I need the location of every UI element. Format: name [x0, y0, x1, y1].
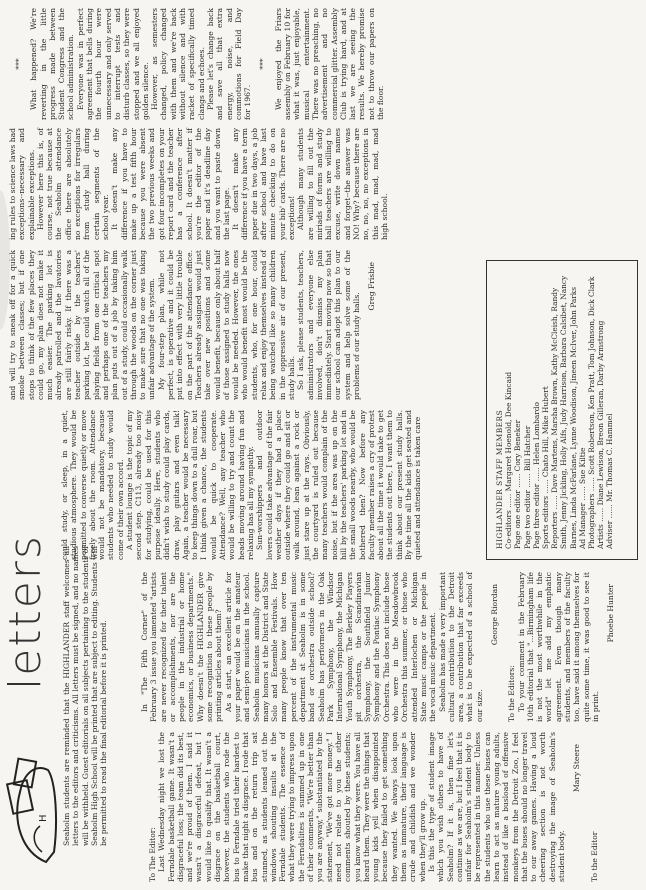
paragraph: So I ask, please students, teachers, adm… — [296, 250, 361, 400]
signature: Phoebe Hunter — [606, 584, 615, 722]
letter-riordan: In "The Fifth Corner" of the February 3 … — [140, 572, 624, 722]
paragraph: Although many students are willing to fi… — [296, 128, 389, 240]
paragraph: A student lounge is the topic of my seco… — [125, 410, 255, 560]
paragraph: could study, or sleep, in a quiet, studi… — [60, 410, 125, 560]
signature: Mary Steere — [572, 744, 581, 882]
staff-row: Page three editor ...... Helen Lombardo — [532, 271, 541, 549]
paragraph: Last Wednesday night we lost the Ferndal… — [157, 732, 427, 882]
staff-row: Reporters ...... Dave Martens, Marsha Br… — [550, 271, 578, 549]
staff-box: HIGHLANDER STAFF MEMBERS Co-editors ....… — [486, 260, 638, 560]
paragraph: We enjoyed the Friars assembly on Februa… — [274, 8, 386, 120]
letter-steere: To The Editor: Last Wednesday night we l… — [140, 732, 599, 882]
fifth-corner-col-1: ing rules to science laws had exceptions… — [8, 128, 389, 240]
staff-row: Co-editors ...... Margaret Hoenold, Dee … — [504, 271, 513, 549]
signature: George Riordan — [490, 584, 499, 722]
paragraph: Everyone was in perfect agreement that b… — [76, 8, 150, 120]
paragraph: Seaholm has made a very important cultur… — [438, 572, 484, 722]
paragraph: To your comment in the February 10th edi… — [517, 572, 601, 722]
study-hall-letter-col-2: and will try to sneak off for a quick sm… — [8, 250, 385, 400]
paragraph: It doesn't make any difference if you ha… — [231, 128, 296, 240]
paragraph: and will try to sneak off for a quick sm… — [8, 250, 157, 400]
newspaper-page: H letters Seaholm students are reminded … — [0, 0, 646, 890]
paragraph: Is this the type of student image which … — [427, 732, 566, 882]
letters-cartoon-icon: H — [2, 702, 58, 882]
study-hall-letter-col-1: could study, or sleep, in a quiet, studi… — [60, 410, 423, 560]
paragraph: As a start, an excellent article for you… — [224, 572, 438, 722]
paragraph: Please let's change back and save all th… — [206, 8, 252, 120]
staff-row: Sports editors ...... Chato Hill, Mike H… — [541, 271, 550, 549]
paragraph: My four-step plan, while not perfect, is… — [157, 250, 296, 400]
paragraph: However, as semesters changed, policy ch… — [150, 8, 206, 120]
staff-row: Artists ...... Diane Lewison, Breon Gill… — [596, 271, 605, 549]
paragraph: In "The Fifth Corner" of the February 3 … — [140, 572, 224, 722]
fifth-corner-col-2: *** What happened? We're reverting in th… — [8, 8, 385, 120]
paragraph: What happened? We're reverting in the li… — [29, 8, 75, 120]
staff-row: Photographers ...... Scott Robertson, Ke… — [587, 271, 596, 549]
separator: *** — [14, 8, 23, 120]
staff-row: Page one editor ...... Cory Beneker — [513, 271, 522, 549]
staff-row: Adviser ...... Mr. Thomas C. Hammel — [605, 271, 614, 549]
paragraph: However here this is, of course, not tru… — [36, 128, 110, 240]
salutation: To the Editor — [590, 732, 599, 882]
signature: Greg Frisbie — [367, 262, 376, 400]
separator: *** — [258, 8, 267, 120]
paragraph: ing rules to science laws had exceptions… — [8, 128, 36, 240]
staff-row: Page two editor ...... Bill Hatcher — [523, 271, 532, 549]
staff-heading: HIGHLANDER STAFF MEMBERS — [495, 271, 504, 549]
paragraph: Sun-worshippers and outdoor lovers could… — [255, 410, 422, 560]
paragraph: It doesn't make any difference if you ha… — [110, 128, 231, 240]
salutation: To the Editors: — [507, 572, 516, 722]
svg-text:H: H — [38, 814, 49, 822]
salutation: To The Editor: — [148, 732, 157, 882]
staff-row: Ad Manager ...... Sue Kiltie — [578, 271, 587, 549]
section-title: letters — [4, 534, 48, 690]
intro-note: Seaholm students are reminded that the H… — [62, 546, 108, 846]
